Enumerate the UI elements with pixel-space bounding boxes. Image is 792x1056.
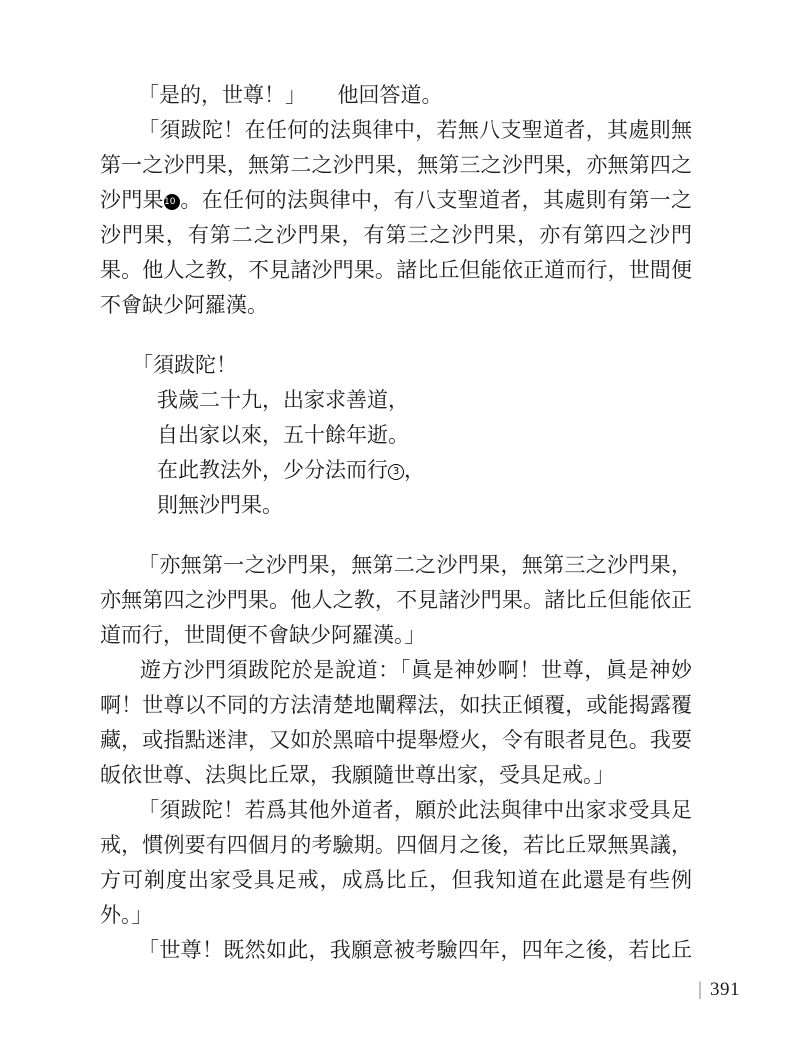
book-page: 「是的，世尊！」 他回答道。「須跋陀！在任何的法與律中，若無八支聖道者，其處則無…: [0, 0, 792, 1056]
paragraph: 「是的，世尊！」 他回答道。: [100, 78, 692, 113]
text-line: 藏，或指點迷津，又如於黑暗中提舉燈火，令有眼者見色。我要: [100, 723, 692, 758]
text-line: 「須跋陀！若爲其他外道者，願於此法與律中出家求受具足: [100, 793, 692, 828]
paragraph: 「須跋陀！在任何的法與律中，若無八支聖道者，其處則無第一之沙門果，無第二之沙門果…: [100, 113, 692, 323]
text-line: 「須跋陀！在任何的法與律中，若無八支聖道者，其處則無: [100, 113, 692, 148]
text-line: 果。他人之教，不見諸沙門果。諸比丘但能依正道而行，世間便: [100, 253, 692, 288]
text-line: 沙門果10。在任何的法與律中，有八支聖道者，其處則有第一之: [100, 183, 692, 218]
page-number-value: 391: [710, 979, 740, 1000]
text-line: 「世尊！既然如此，我願意被考驗四年，四年之後，若比丘: [100, 933, 692, 968]
text-line: 亦無第四之沙門果。他人之教，不見諸沙門果。諸比丘但能依正: [100, 583, 692, 618]
text-line: 戒，慣例要有四個月的考驗期。四個月之後，若比丘眾無異議，: [100, 828, 692, 863]
text-line: 外。」: [100, 898, 692, 933]
verse-block: 「須跋陀！我歲二十九，出家求善道，自出家以來，五十餘年逝。在此教法外，少分法而行…: [100, 348, 692, 523]
text-line: 自出家以來，五十餘年逝。: [100, 418, 692, 453]
text-line: 在此教法外，少分法而行3，: [100, 453, 692, 488]
paragraph: 「須跋陀！若爲其他外道者，願於此法與律中出家求受具足戒，慣例要有四個月的考驗期。…: [100, 793, 692, 933]
text-line: 我歲二十九，出家求善道，: [100, 383, 692, 418]
text-line: 啊！世尊以不同的方法清楚地闡釋法，如扶正傾覆，或能揭露覆: [100, 688, 692, 723]
paragraph: 「亦無第一之沙門果，無第二之沙門果，無第三之沙門果，亦無第四之沙門果。他人之教，…: [100, 548, 692, 653]
text-line: 皈依世尊、法與比丘眾，我願隨世尊出家，受具足戒。」: [100, 758, 692, 793]
text-line: 沙門果，有第二之沙門果，有第三之沙門果，亦有第四之沙門: [100, 218, 692, 253]
footnote-marker: 10: [164, 194, 180, 210]
text-line: 第一之沙門果，無第二之沙門果，無第三之沙門果，亦無第四之: [100, 148, 692, 183]
text-line: 方可剃度出家受具足戒，成爲比丘，但我知道在此還是有些例: [100, 863, 692, 898]
paragraph: 遊方沙門須跋陀於是說道：「眞是神妙啊！世尊，眞是神妙啊！世尊以不同的方法清楚地闡…: [100, 653, 692, 793]
text-line: 「須跋陀！: [100, 348, 692, 383]
page-number-separator: |: [699, 979, 702, 1001]
text-line: 遊方沙門須跋陀於是說道：「眞是神妙啊！世尊，眞是神妙: [100, 653, 692, 688]
page-number: |391: [698, 979, 740, 1001]
text-line: 則無沙門果。: [100, 488, 692, 523]
text-line: 不會缺少阿羅漢。: [100, 288, 692, 323]
footnote-marker: 3: [388, 464, 404, 480]
text-line: 道而行，世間便不會缺少阿羅漢。」: [100, 618, 692, 653]
paragraph: 「世尊！既然如此，我願意被考驗四年，四年之後，若比丘: [100, 933, 692, 968]
text-line: 「是的，世尊！」 他回答道。: [100, 78, 692, 113]
text-block: 「是的，世尊！」 他回答道。「須跋陀！在任何的法與律中，若無八支聖道者，其處則無…: [100, 78, 692, 968]
text-line: 「亦無第一之沙門果，無第二之沙門果，無第三之沙門果，: [100, 548, 692, 583]
